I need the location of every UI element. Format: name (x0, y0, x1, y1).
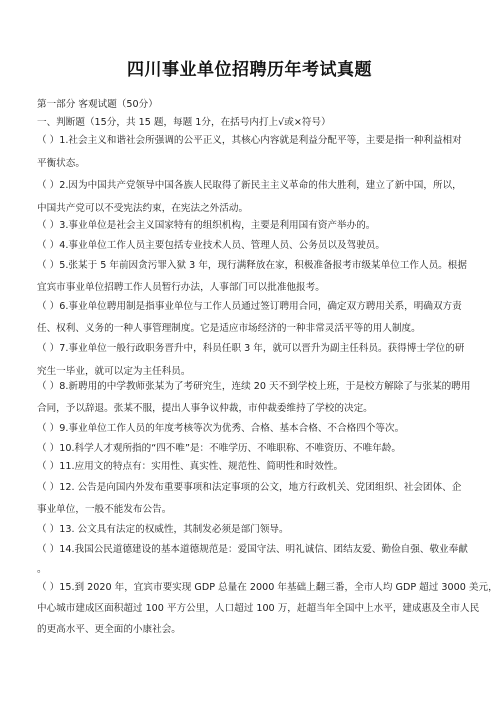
question-line: （ ）13. 公文具有法定的权威性，其制发必须是部门领导。 (37, 524, 289, 536)
question-line: （ ）6.事业单位聘用制是指事业单位与工作人员通过签订聘用合同，确定双方聘用关系… (37, 301, 462, 313)
question-line: 平衡状态。 (37, 158, 85, 170)
question-line: 合同，予以辞退。张某不服，提出人事争议仲裁，市仲裁委维持了学校的决定。 (37, 403, 373, 415)
part-heading: 第一部分 客观试题（50分） (37, 99, 158, 111)
question-line: （ ）9.事业单位工作人员的年度考核等次为优秀、合格、基本合格、不合格四个等次。 (37, 423, 404, 435)
document-title: 四川事业单位招聘历年考试真题 (0, 55, 499, 80)
question-line: （ ）2.因为中国共产党领导中国各族人民取得了新民主主义革命的伟大胜利，建立了新… (37, 180, 462, 192)
question-line: 究生一毕业，就可以定为主任科员。 (37, 366, 191, 378)
question-line: （ ）4.事业单位工作人员主要包括专业技术人员、管理人员、公务员以及驾驶员。 (37, 240, 385, 252)
section-heading: 一、判断题（15分，共 15 题，每题 1分，在括号内打上√或×符号） (37, 117, 331, 129)
question-line: 的更高水平、更全面的小康社会。 (37, 624, 181, 636)
question-line: 任、权利、义务的一种人事管理制度。它是适应市场经济的一种非常灵活平等的用人制度。 (37, 323, 421, 335)
question-line: 。 (37, 564, 47, 576)
question-line: （ ）14.我国公民道德建设的基本道德规范是：爱国守法、明礼诚信、团结友爱、勤俭… (37, 544, 468, 556)
question-line: 事业单位，一般不能发布公告。 (37, 504, 171, 516)
question-line: （ ）11.应用文的特点有：实用性、真实性、规范性、简明性和时效性。 (37, 461, 343, 473)
question-line: （ ）1.社会主义和谐社会所强调的公平正义，其核心内容就是利益分配平等，主要是指… (37, 135, 462, 147)
question-line: （ ）15.到 2020 年，宜宾市要实现 GDP 总量在 2000 年基础上翻… (37, 582, 498, 594)
question-line: （ ）8.新聘用的中学教师张某为了考研究生，连续 20 天不到学校上班，于是校方… (37, 381, 470, 393)
question-line: 中国共产党可以不受宪法约束，在宪法之外活动。 (37, 203, 248, 215)
question-line: （ ）5.张某于 5 年前因贪污罪入狱 3 年，现行满释放在家，积极准备报考市级… (37, 260, 467, 272)
question-line: 中心城市建成区面积超过 100 平方公里，人口超过 100 万，赶超当年全国中上… (37, 603, 479, 615)
question-line: 宜宾市事业单位招聘工作人员暂行办法，人事部门可以批准他报考。 (37, 282, 325, 294)
question-line: （ ）12. 公告是向国内外发布重要事项和法定事项的公文，地方行政机关、党团组织… (37, 482, 461, 494)
question-line: （ ）3.事业单位是社会主义国家特有的组织机构，主要是利用国有资产举办的。 (37, 220, 375, 232)
question-line: （ ）10.科学人才观所指的“四不唯”是：不唯学历、不唯职称、不唯资历、不唯年龄… (37, 443, 401, 455)
question-line: （ ）7.事业单位一般行政职务晋升中，科员任职 3 年，就可以晋升为副主任科员。… (37, 343, 464, 355)
